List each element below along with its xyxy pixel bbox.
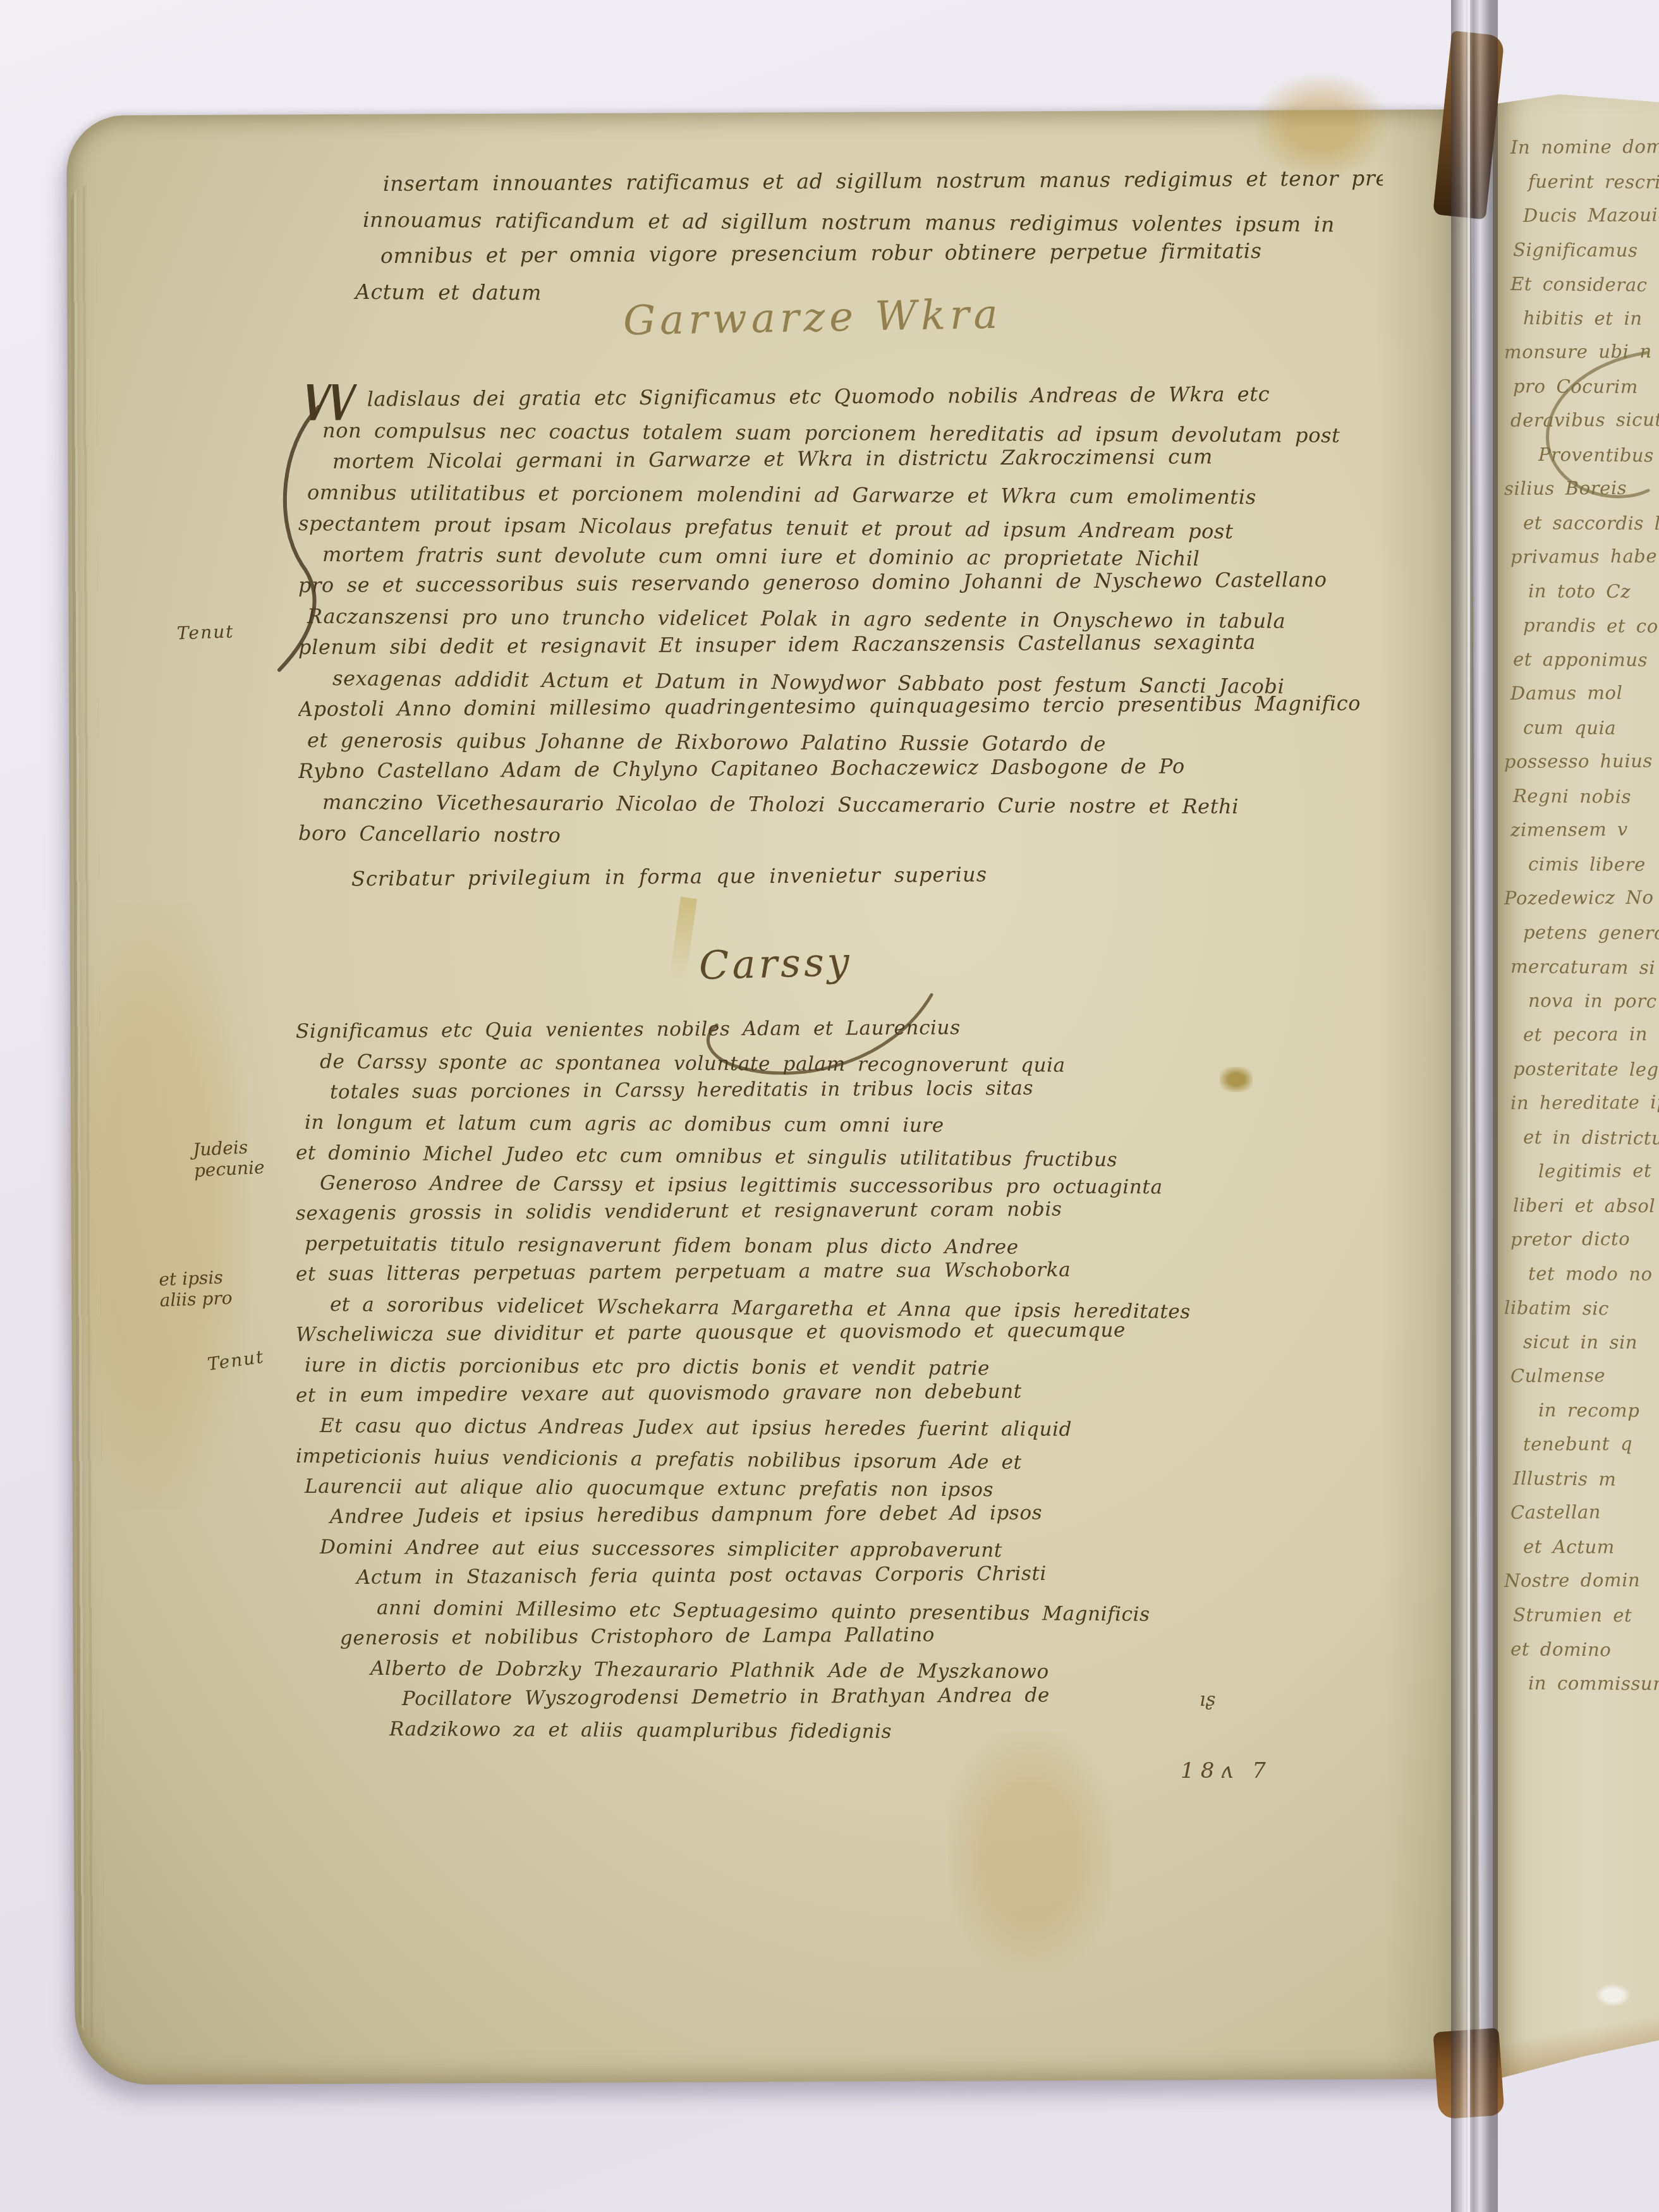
manuscript-line: pro se et successoribus suis reservando … — [298, 564, 1417, 601]
manuscript-line-fragment: Proventibus cu — [1538, 437, 1659, 473]
manuscript-line-fragment: silius Boreis — [1504, 471, 1659, 506]
manuscript-line-fragment: prandis et cond — [1523, 608, 1659, 643]
manuscript-line: Andree Judeis et ipsius heredibus dampnu… — [330, 1495, 1423, 1532]
manuscript-line-fragment: libatim sic — [1504, 1291, 1659, 1326]
manuscript-line: in longum et latum cum agris ac domibus … — [305, 1107, 1423, 1143]
manuscript-line-fragment: et in districtu — [1523, 1120, 1659, 1155]
entry-2-text: Significamus etc Quia venientes nobiles … — [296, 1016, 1423, 1744]
manuscript-line: Apostoli Anno domini millesimo quadringe… — [298, 688, 1417, 725]
manuscript-line-fragment: Castellan — [1510, 1495, 1659, 1529]
rubric-note: Scribatur privilegium in forma que inven… — [351, 862, 987, 890]
manuscript-line: Actum in Stazanisch feria quinta post oc… — [356, 1557, 1423, 1593]
manuscript-line-fragment: monsure ubi n — [1504, 334, 1659, 369]
entry-heading-garwarze-wkra: Garwarze Wkra — [623, 291, 1002, 344]
glass-holding-rod — [1451, 0, 1498, 2212]
manuscript-line-fragment: in hereditate ip — [1510, 1085, 1659, 1120]
manuscript-line: plenum sibi dedit et resignavit Et insup… — [298, 626, 1417, 663]
manuscript-line-fragment: In nomine domi — [1510, 130, 1659, 164]
manuscript-line-fragment: et apponimus t — [1513, 642, 1659, 677]
manuscript-line: Significamus etc Quia venientes nobiles … — [296, 1016, 1423, 1047]
margin-note-line: pecunie — [193, 1157, 265, 1181]
manuscript-line-fragment: et domino — [1510, 1632, 1659, 1667]
manuscript-line: sexagenis grossis in solidis vendiderunt… — [296, 1192, 1423, 1229]
entry-1-text: Wladislaus dei gratia etc Significamus e… — [298, 384, 1417, 849]
manuscript-line-fragment: in toto Cz — [1528, 574, 1659, 609]
manuscript-line-fragment: in commissum — [1528, 1666, 1659, 1701]
margin-note-et-ipsis: et ipsis aliis pro — [159, 1267, 233, 1311]
manuscript-line: omnibus et per omnia vigore presencium r… — [380, 232, 1383, 274]
manuscript-line-fragment: tenebunt q — [1523, 1426, 1659, 1461]
manuscript-line: Wladislaus dei gratia etc Significamus e… — [298, 384, 1417, 415]
manuscript-line-text: ladislaus dei gratia etc Significamus et… — [367, 384, 1270, 411]
manuscript-line-fragment: pro Cocurim — [1513, 369, 1659, 404]
manuscript-line-fragment: pretor dicto — [1510, 1222, 1659, 1256]
manuscript-line-fragment: Damus mol — [1510, 676, 1659, 710]
manuscript-line-fragment: legitimis et — [1538, 1153, 1659, 1188]
manuscript-line-fragment: Culmense — [1510, 1358, 1659, 1393]
manuscript-line-fragment: Strumien et — [1513, 1598, 1659, 1632]
manuscript-line: totales suas porciones in Carssy heredit… — [330, 1071, 1423, 1107]
manuscript-line-fragment: posteritate leg — [1513, 1052, 1659, 1086]
manuscript-line: mortem Nicolai germani in Garwarze et Wk… — [332, 440, 1417, 477]
manuscript-line: Rybno Castellano Adam de Chylyno Capitan… — [298, 750, 1417, 787]
manuscript-line-fragment: privamus habe — [1510, 539, 1659, 574]
manuscript-line: boro Cancellario nostro — [298, 818, 1417, 849]
manuscript-line: generosis et nobilibus Cristophoro de La… — [340, 1617, 1423, 1653]
margin-note-line: et ipsis — [159, 1267, 232, 1290]
margin-note-tenut-1: Tenut — [176, 621, 234, 643]
margin-note-line: Tenut — [176, 621, 234, 643]
entry-heading-carssy: Carssy — [698, 939, 853, 988]
manuscript-line-fragment: Et considerac — [1510, 267, 1659, 302]
manuscript-line-fragment: Ducis Mazouie — [1523, 198, 1659, 233]
manuscript-line-fragment: deravibus sicut — [1510, 403, 1659, 437]
manuscript-line-fragment: fuerint rescript — [1528, 164, 1659, 199]
manuscript-line-fragment: petens generos — [1523, 915, 1659, 950]
margin-note-line: aliis pro — [159, 1287, 233, 1311]
manuscript-line-fragment: nova in porc — [1528, 983, 1659, 1018]
opening-block: insertam innouantes ratificamus et ad si… — [346, 166, 1383, 310]
manuscript-line: Wscheliwicza sue dividitur et parte quou… — [296, 1313, 1423, 1350]
manuscript-line: Et casu quo dictus Andreas Judex aut ips… — [320, 1411, 1423, 1447]
manuscript-line: et in eum impedire vexare aut quovismodo… — [296, 1374, 1423, 1411]
manuscript-line-fragment: liberi et absol — [1513, 1188, 1659, 1223]
manuscript-photo: insertam innouantes ratificamus et ad si… — [0, 0, 1659, 2212]
manuscript-line-fragment: tet modo no — [1528, 1256, 1659, 1291]
manuscript-line-fragment: hibitis et in — [1523, 301, 1659, 336]
manuscript-line-fragment: possesso huius — [1504, 744, 1659, 779]
manuscript-line-fragment: in recomp — [1538, 1393, 1659, 1428]
manuscript-line: manczino Vicethesaurario Nicolao de Thol… — [322, 787, 1417, 823]
right-page-text: In nomine domifuerint rescriptDucis Mazo… — [1504, 130, 1659, 1748]
rod-reflection — [1468, 0, 1470, 2212]
manuscript-line-fragment: cum quia — [1523, 710, 1659, 745]
manuscript-line-fragment: zimensem v — [1510, 812, 1659, 847]
edge-stain — [1493, 2007, 1659, 2083]
manuscript-line-fragment: mercaturam si — [1510, 949, 1659, 985]
quire-mark-small: ıʂ — [1200, 1689, 1215, 1711]
manuscript-line: Radzikowo za et aliis quampluribus fided… — [389, 1714, 1423, 1744]
manuscript-line: omnibus utilitatibus et porcionem molend… — [307, 477, 1417, 514]
manuscript-line-fragment: et saccordis lac — [1523, 506, 1659, 540]
manuscript-line-fragment: Illustris m — [1513, 1461, 1659, 1497]
quire-mark-large: 18ʌ 7 — [1181, 1758, 1272, 1784]
manuscript-line-fragment: Significamus — [1513, 233, 1659, 267]
manuscript-line-fragment: Nostre domin — [1504, 1563, 1659, 1598]
parchment-tear — [1596, 1984, 1630, 2006]
manuscript-line: Pocillatore Wyszogrodensi Demetrio in Br… — [402, 1678, 1423, 1714]
manuscript-line-fragment: et Actum — [1523, 1529, 1659, 1564]
manuscript-line-fragment: et pecora in re — [1523, 1017, 1659, 1052]
margin-note-judeis: Judeis pecunie — [192, 1136, 265, 1181]
manuscript-line-fragment: Pozedewicz No — [1504, 880, 1659, 915]
manuscript-line-fragment: cimis libere — [1528, 847, 1659, 882]
manuscript-line: et suas litteras perpetuas partem perpet… — [296, 1253, 1423, 1289]
manuscript-line-fragment: Regni nobis — [1513, 779, 1659, 814]
manuscript-line-fragment: sicut in sin — [1523, 1325, 1659, 1359]
manuscript-line: insertam innouantes ratificamus et ad si… — [383, 166, 1383, 202]
